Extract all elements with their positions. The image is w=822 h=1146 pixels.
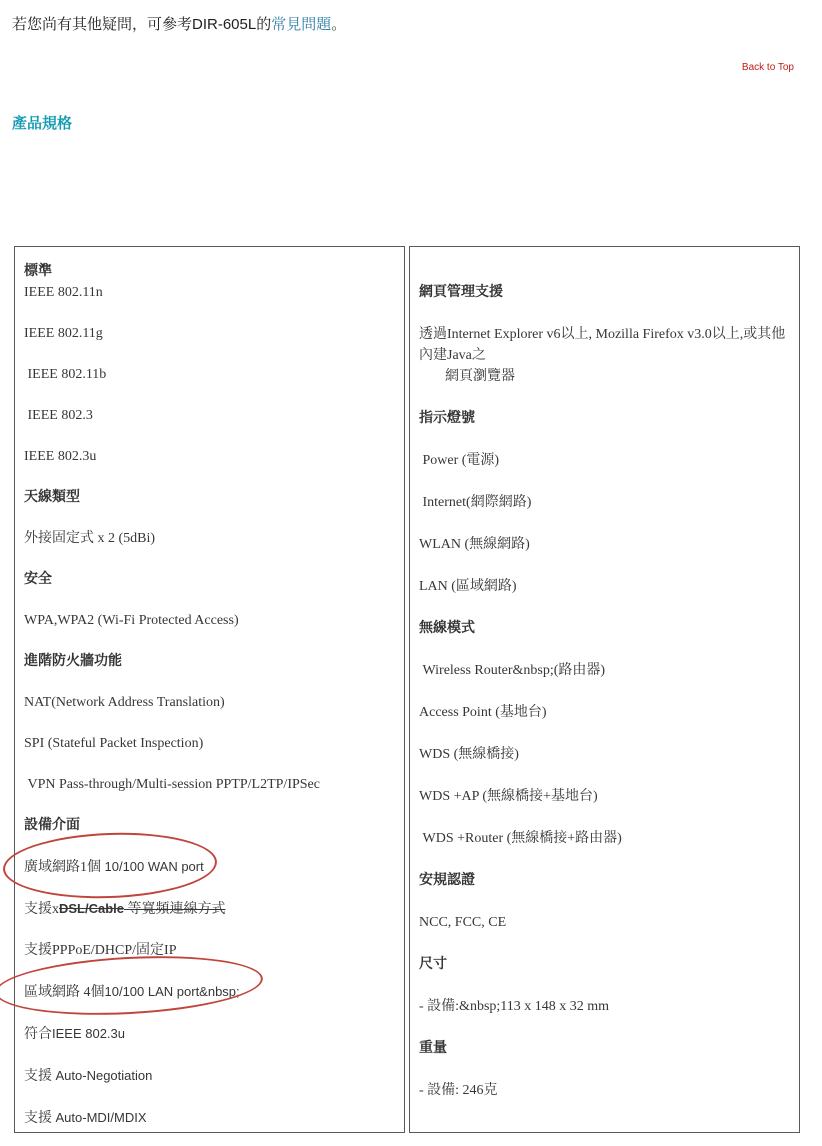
spec-text-segment: NCC, FCC, CE [419, 915, 506, 930]
spec-table: 標準IEEE 802.11nIEEE 802.11g IEEE 802.11b … [14, 246, 800, 1133]
spec-row: IEEE 802.11g [24, 323, 394, 344]
spec-section-header: 安全 [24, 569, 394, 590]
spec-row: NCC, FCC, CE [419, 912, 789, 933]
spec-text-segment: 設備介面 [24, 818, 80, 833]
spec-text-segment: IEEE 802.11b [24, 367, 106, 382]
spec-text-segment: Wireless Router&nbsp;(路由器) [419, 663, 605, 678]
spec-text-segment: IEEE 802.3u [52, 1026, 125, 1041]
spec-row: 外接固定式 x 2 (5dBi) [24, 528, 394, 549]
spec-row: SPI (Stateful Packet Inspection) [24, 733, 394, 754]
spec-text-segment: 10/100 LAN port&nbsp; [105, 984, 240, 999]
spec-text-segment: 等寬頻連線方式 [124, 902, 226, 917]
spec-text-segment: 尺寸 [419, 957, 447, 972]
spec-text-segment: Auto-Negotiation [56, 1068, 153, 1083]
spec-row: Wireless Router&nbsp;(路由器) [419, 660, 789, 681]
spec-text-segment: - 設備:&nbsp;113 x 148 x 32 mm [419, 999, 609, 1014]
back-to-top-link[interactable]: Back to Top [742, 62, 794, 73]
spec-text-segment: WDS +Router (無線橋接+路由器) [419, 831, 622, 846]
spec-text-segment: 支援 [24, 1069, 56, 1084]
spec-row: 廣域網路1個 10/100 WAN port [24, 856, 394, 878]
spec-row: - 設備: 246克 [419, 1080, 789, 1101]
spec-text-segment: 天線類型 [24, 490, 80, 505]
spec-text-segment: 支援 [24, 1111, 56, 1126]
spec-text-segment: Access Point (基地台) [419, 705, 547, 720]
spec-section-header: 指示燈號 [419, 408, 789, 429]
spec-text-segment: 進階防火牆功能 [24, 654, 122, 669]
spec-text-segment: WDS +AP (無線橋接+基地台) [419, 789, 598, 804]
spec-text-segment: 指示燈號 [419, 411, 475, 426]
spec-row: IEEE 802.11n [24, 282, 394, 303]
spec-section-header: 無線模式 [419, 618, 789, 639]
spec-text-segment: 區域網路 4個 [24, 985, 105, 1000]
spec-row: LAN (區域網路) [419, 576, 789, 597]
spec-row: 支援 Auto-MDI/MDIX [24, 1107, 394, 1129]
intro-suffix: 。 [331, 16, 346, 33]
spec-row: WDS +AP (無線橋接+基地台) [419, 786, 789, 807]
spec-row: NAT(Network Address Translation) [24, 692, 394, 713]
spec-text-segment: 安規認證 [419, 873, 475, 888]
spec-text-segment: WDS (無線橋接) [419, 747, 519, 762]
spec-row: Internet(網際網路) [419, 492, 789, 513]
spec-text-segment: IEEE 802.3u [24, 449, 96, 464]
spec-row: WPA,WPA2 (Wi-Fi Protected Access) [24, 610, 394, 631]
spec-section-header: 尺寸 [419, 954, 789, 975]
spec-row: WLAN (無線網路) [419, 534, 789, 555]
spec-row: IEEE 802.3 [24, 405, 394, 426]
spec-section-header: 天線類型 [24, 487, 394, 508]
spec-text-segment: NAT(Network Address Translation) [24, 695, 225, 710]
spec-text-segment: 符合 [24, 1027, 52, 1042]
spec-row: 符合IEEE 802.3u [24, 1023, 394, 1045]
product-spec-page: 若您尚有其他疑問，可參考DIR-605L的常見問題。 Back to Top 產… [0, 0, 822, 1146]
spec-text-segment: - 設備: 246克 [419, 1083, 498, 1098]
spec-column-right: 網頁管理支援透過Internet Explorer v6以上, Mozilla … [409, 246, 800, 1133]
spec-text-segment: 透過Internet Explorer v6以上, Mozilla Firefo… [419, 327, 785, 363]
spec-text-segment: 廣域網路1個 [24, 860, 105, 875]
spec-row: VPN Pass-through/Multi-session PPTP/L2TP… [24, 774, 394, 795]
spec-section-header: 標準 [24, 261, 394, 282]
spec-text-segment: WPA,WPA2 (Wi-Fi Protected Access) [24, 613, 239, 628]
spec-text-segment: 10/100 WAN port [105, 859, 204, 874]
spec-section-header: 重量 [419, 1038, 789, 1059]
spec-text-segment: Internet(網際網路) [419, 495, 531, 510]
spec-row: WDS (無線橋接) [419, 744, 789, 765]
spec-row: 支援xDSL/Cable 等寬頻連線方式 [24, 898, 394, 920]
intro-text: 若您尚有其他疑問，可參考DIR-605L的常見問題。 [12, 15, 346, 34]
spec-section-header: 進階防火牆功能 [24, 651, 394, 672]
spec-text-segment: WLAN (無線網路) [419, 537, 530, 552]
spec-text-segment: SPI (Stateful Packet Inspection) [24, 736, 203, 751]
intro-prefix: 若您尚有其他疑問，可參考DIR-605L的 [12, 16, 271, 33]
spec-text-segment: LAN (區域網路) [419, 579, 517, 594]
spec-row: Access Point (基地台) [419, 702, 789, 723]
spec-text-segment: Auto-MDI/MDIX [56, 1110, 147, 1125]
spec-text-segment: 無線模式 [419, 621, 475, 636]
spec-text-segment: VPN Pass-through/Multi-session PPTP/L2TP… [24, 777, 320, 792]
spec-row: - 設備:&nbsp;113 x 148 x 32 mm [419, 996, 789, 1017]
spec-text-segment: IEEE 802.11g [24, 326, 103, 341]
spec-section-header: 安規認證 [419, 870, 789, 891]
spec-row: Power (電源) [419, 450, 789, 471]
spec-section-header: 網頁管理支援 [419, 282, 789, 303]
spec-text-segment: 網頁瀏覽器 [445, 369, 515, 384]
spec-text-segment: 重量 [419, 1041, 447, 1056]
spec-section-header: 設備介面 [24, 815, 394, 836]
spec-row: IEEE 802.3u [24, 446, 394, 467]
section-title: 產品規格 [12, 112, 72, 133]
spec-row: WDS +Router (無線橋接+路由器) [419, 828, 789, 849]
spec-text-segment: IEEE 802.3 [24, 408, 93, 423]
spec-text-segment: 支援x [24, 902, 59, 917]
spec-text-segment: 外接固定式 x 2 (5dBi) [24, 531, 155, 546]
spec-text-segment: DSL/Cable [59, 901, 124, 916]
spec-text-segment: IEEE 802.11n [24, 285, 103, 300]
spec-text-segment: 安全 [24, 572, 52, 587]
spec-column-left: 標準IEEE 802.11nIEEE 802.11g IEEE 802.11b … [14, 246, 405, 1133]
spec-row: 透過Internet Explorer v6以上, Mozilla Firefo… [419, 324, 789, 387]
spec-text-segment: 支援PPPoE/DHCP/固定IP [24, 943, 176, 958]
spec-row: IEEE 802.11b [24, 364, 394, 385]
faq-link[interactable]: 常見問題 [271, 16, 331, 33]
spec-text-segment: 標準 [24, 264, 52, 279]
spec-text-segment: Power (電源) [419, 453, 499, 468]
spec-text-segment: 網頁管理支援 [419, 285, 503, 300]
spec-row: 支援 Auto-Negotiation [24, 1065, 394, 1087]
spec-row: 支援PPPoE/DHCP/固定IP [24, 940, 394, 961]
spec-row: 區域網路 4個10/100 LAN port&nbsp; [24, 981, 394, 1003]
